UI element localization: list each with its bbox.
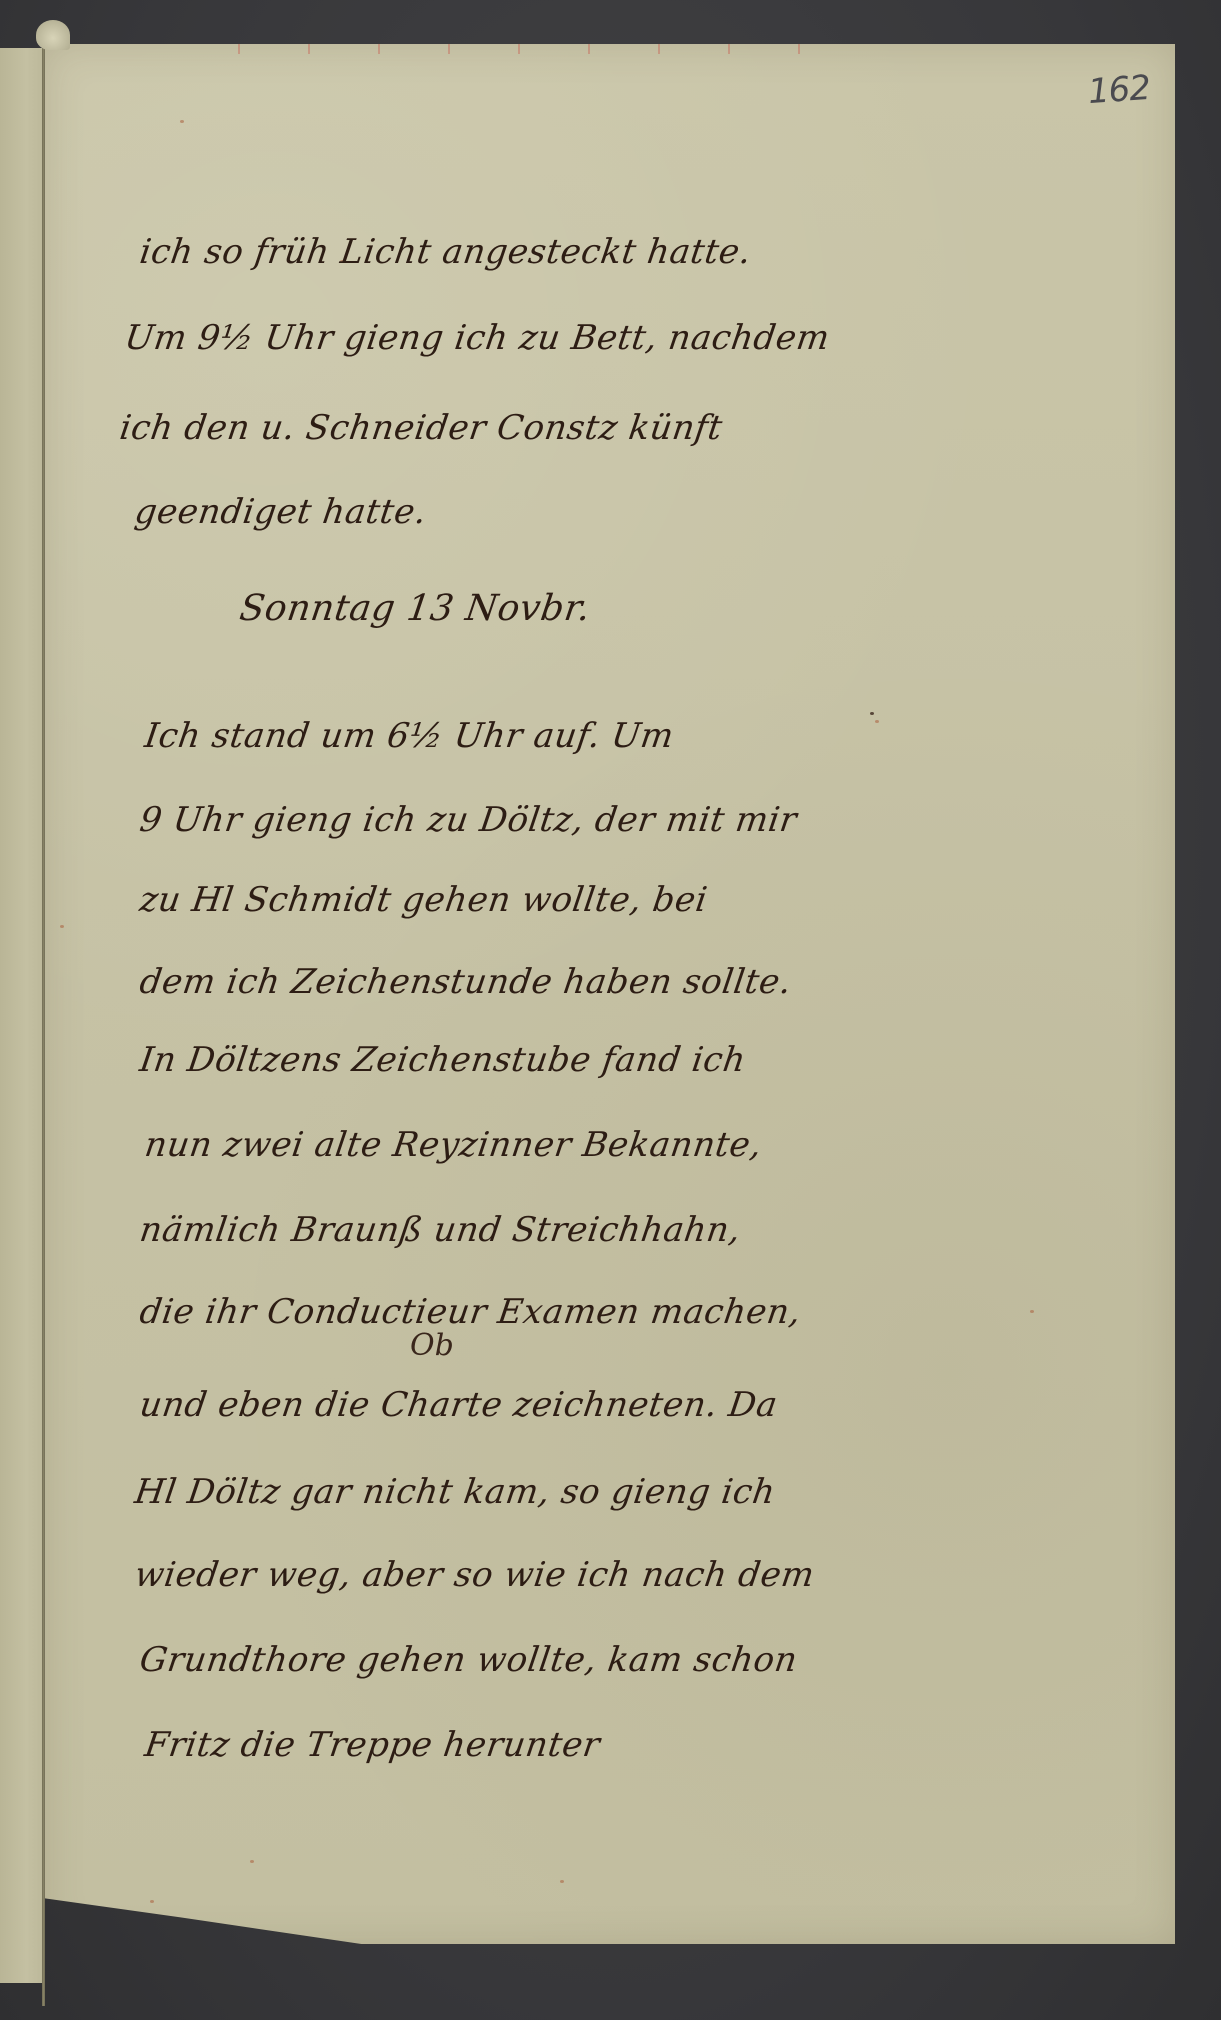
diary-date-heading: Sonntag 13 Novbr. [237, 588, 593, 629]
manuscript-line: Fritz die Treppe herunter [142, 1725, 602, 1765]
binding-curl [36, 20, 70, 50]
paper-fleck [875, 720, 879, 723]
manuscript-line: geendiget hatte. [132, 492, 429, 532]
manuscript-line: Um 9½ Uhr gieng ich zu Bett, nachdem [122, 318, 832, 358]
manuscript-line: 9 Uhr gieng ich zu Döltz, der mit mir [137, 800, 799, 840]
facing-page-edge [0, 48, 44, 1983]
interlinear-mark: Ob [410, 1328, 454, 1363]
manuscript-line: Hl Döltz gar nicht kam, so gieng ich [132, 1472, 778, 1512]
paper-fleck [60, 925, 64, 928]
manuscript-line: nämlich Braunß und Streichhahn, [137, 1210, 743, 1250]
manuscript-line: ich den u. Schneider Constz künft [117, 408, 725, 448]
manuscript-line: wieder weg, aber so wie ich nach dem [132, 1555, 817, 1595]
paper-fleck [560, 1880, 564, 1883]
red-edge-marks [200, 44, 800, 54]
manuscript-line: die ihr Conductieur Examen machen, [137, 1292, 803, 1332]
paper-fleck [180, 120, 184, 123]
paper-fleck [150, 1900, 154, 1903]
folio-number: 162 [1087, 68, 1152, 112]
manuscript-line: ich so früh Licht angesteckt hatte. [137, 232, 754, 272]
manuscript-line: Ich stand um 6½ Uhr auf. Um [142, 716, 676, 756]
paper-fleck [250, 1860, 254, 1863]
paper-fleck [870, 712, 874, 715]
manuscript-line: In Döltzens Zeichenstube fand ich [137, 1040, 748, 1080]
binding-spine [42, 36, 45, 2006]
manuscript-line: zu Hl Schmidt gehen wollte, bei [137, 880, 710, 920]
paper-fleck [1030, 1310, 1034, 1313]
manuscript-line: und eben die Charte zeichneten. Da [137, 1385, 780, 1425]
manuscript-line: dem ich Zeichenstunde haben sollte. [137, 962, 794, 1002]
manuscript-line: nun zwei alte Reyzinner Bekannte, [142, 1125, 764, 1165]
manuscript-line: Grundthore gehen wollte, kam schon [137, 1640, 800, 1680]
